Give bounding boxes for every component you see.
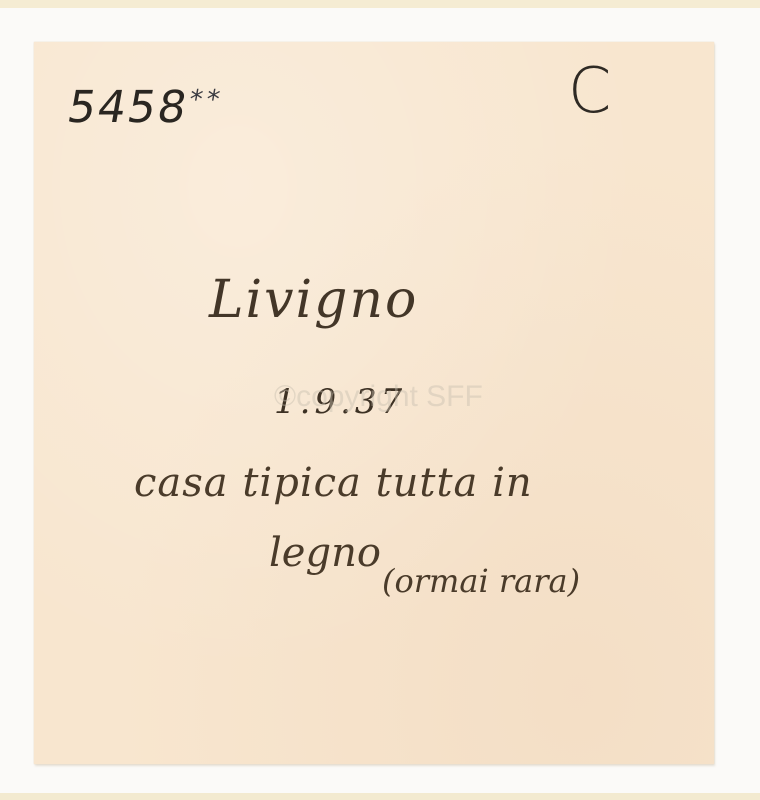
category-letter: C: [568, 54, 611, 127]
archival-card: 5458** C Livigno 1.9.37 ©copyright SFF c…: [34, 42, 714, 764]
description-line-1: casa tipica tutta in: [134, 460, 533, 506]
catalog-star-marks: **: [187, 85, 226, 115]
top-edge-strip: [0, 0, 760, 8]
catalog-number: 5458**: [64, 82, 227, 133]
bottom-edge-strip: [0, 793, 760, 800]
description-line-2: legno: [269, 530, 381, 576]
catalog-number-value: 5458: [64, 82, 193, 133]
description-note: (ormai rara): [382, 562, 580, 600]
copyright-watermark: ©copyright SFF: [274, 380, 483, 414]
place-name: Livigno: [209, 270, 418, 330]
